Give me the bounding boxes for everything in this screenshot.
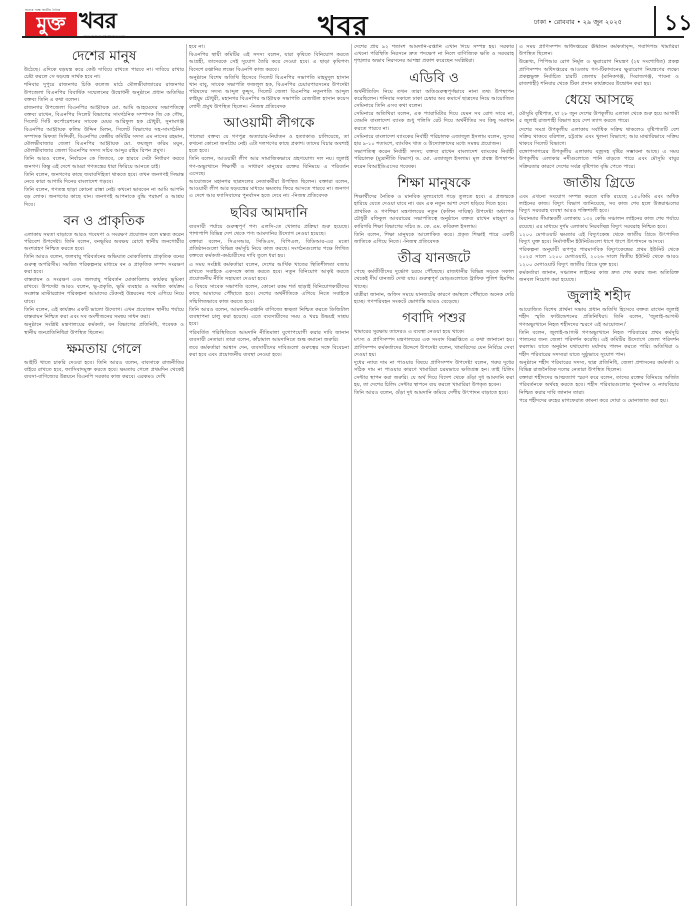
article-headline[interactable]: আওয়ামী লীগকে — [189, 116, 349, 131]
article-paragraph: মৌসুমি বৃষ্টিপাত, যা ২৮ জুন দেশের উপকূলী… — [519, 111, 679, 125]
article-paragraph: হবে না। — [189, 44, 349, 51]
article-headline[interactable]: শিক্ষা মানুষকে — [354, 176, 514, 191]
article-paragraph: যাত্রীরা জানান, অফিস সময়ে যানজটের কারণে… — [354, 292, 514, 306]
article-paragraph: আইটি খাতে চাকরি দেওয়া হবে। তিনি আরও বলে… — [24, 360, 184, 382]
article-headline[interactable]: তীব্র যানজটে — [354, 251, 514, 266]
article: আওয়ামী লীগকেপালেরা বক্তব্য যে গণপুত্র অ… — [189, 116, 349, 201]
article-paragraph: সভাপতিত্ব করেন নির্বাহী সদস্য; বক্তব্য র… — [354, 149, 514, 171]
article-paragraph: পেছে কর্মজীবীদের দুর্ভোগ চরমে পৌঁছেছে। র… — [354, 269, 514, 291]
article-paragraph: প্রাথমিক ও গণশিক্ষা মন্ত্রণালয়ের নতুন (… — [354, 209, 514, 231]
article-paragraph: অনুষ্ঠানে সংশ্লিষ্ট মন্ত্রণালয়ের কর্মকর… — [24, 322, 184, 336]
article-paragraph: অর্থনীতিবিদ নিয়ে তখন তারা অতিগুরুত্বপূর… — [354, 89, 514, 111]
article-paragraph: শনিবার দুপুরে রাজনগর চিকি কলেজ মাঠে মৌলভ… — [24, 82, 184, 104]
article: ছবির আমদানিব্যবসায়ী পর্যায়ে গুরুত্বপূর… — [189, 206, 349, 360]
article-paragraph: মিয়ানমার সীমান্তবর্তী এলাকায় ১৩২ কেভি … — [519, 216, 679, 230]
article: জাতীয় গ্রিডেএবং এখনো সংযোগ সম্পন্ন করতে… — [519, 176, 679, 284]
article-paragraph: তিনি বলেন, জুলাই-আগস্ট গণঅভ্যুত্থানে নিহ… — [519, 330, 679, 359]
article: শিক্ষা মানুষকেশিক্ষার্থীদের নৈতিক ও মানব… — [354, 176, 514, 246]
article-paragraph: তিনি আরও বলেন, নির্বাচনে কে জিতবে, কে হা… — [24, 156, 184, 170]
article-paragraph: বিএনপির স্থায়ী কমিটির এই সদস্য বলেন, যা… — [189, 52, 349, 74]
article: জুলাই শহীদআয়োজিত বিশেষ প্রার্থনা সভায় … — [519, 289, 679, 405]
column-1: দেশের মানুষউঠেছে। এদিকে ষড়যন্ত্র করে কে… — [24, 44, 184, 906]
article-paragraph: বক্তারা বলেন, সিএসআর, সিডিএস, বিপিএল, বি… — [189, 239, 349, 261]
article: দেশের প্রায় ৯২ শতাংশ আমদানি-রপ্তানি এখা… — [354, 44, 514, 66]
article-paragraph: এবং এখনো সংযোগ সম্পন্ন করতে বাকি রয়েছে … — [519, 194, 679, 216]
article-paragraph: দুধের ন্যায্য দাম না পাওয়ার বিষয়ে প্রা… — [354, 360, 514, 389]
article-paragraph: অনুষ্ঠানে শহীদ পরিবারের সদস্য, ছাত্র প্র… — [519, 360, 679, 374]
article-paragraph: এলাকায় সমতা বাড়াতে আরও গবেষণা ও সংরক্ষ… — [24, 232, 184, 254]
article-paragraph: পালেরা বক্তব্য যে গণপুত্র অত্যাচার-নির্য… — [189, 134, 349, 156]
article-paragraph: তিনি বলেন, গণতন্ত্র ছাড়া কোনো রাস্তা নে… — [24, 187, 184, 209]
article-paragraph: দেশের প্রায় ৯২ শতাংশ আমদানি-রপ্তানি এখা… — [354, 44, 514, 66]
article-paragraph: উল্লেখ্য, পিপিআর রোগ নির্মূল ও ক্ষুরারোগ… — [519, 59, 679, 88]
article-headline[interactable]: বন ও প্রাকৃতিক — [24, 214, 184, 229]
page-number-divider — [654, 6, 656, 36]
article-paragraph: তিনি বলেন, আওয়ামী লীগ আর সামাজিকভাবে গ্… — [189, 156, 349, 178]
article-paragraph: শিক্ষার্থীদের নৈতিক ও মানবিক মূল্যবোধে গ… — [354, 194, 514, 208]
article-paragraph: কর্মকর্তারা জানান, সঞ্চালন লাইনের কাজ দ্… — [519, 270, 679, 284]
article-paragraph: তিনি আরও বলেন, আমদানি-রপ্তানি বাণিজ্যে স… — [189, 307, 349, 329]
article-paragraph: মৎস্য ও প্রাণিসম্পদ মন্ত্রণালয়ের এক সংব… — [354, 337, 514, 359]
article-paragraph: খামারের সুরক্ষায় তাদেরও এ ব্যবস্থা নেওয… — [354, 329, 514, 336]
article-paragraph: তিনি আরও বলেন, গুঁড়া দুধ আমদানি কমিয়ে … — [354, 390, 514, 397]
column-2: হবে না।বিএনপির স্থায়ী কমিটির এই সদস্য ব… — [189, 44, 349, 906]
logo-red-block: মুক্ত — [25, 12, 77, 36]
article-paragraph: ব্যবসায়ী পর্যায়ে গুরুত্বপূর্ণ পণ্য এলস… — [189, 224, 349, 238]
dateline: ঢাকা • রোববার • ২৯ জুন ২০২৫ — [534, 17, 622, 28]
article-headline[interactable]: গবাদি পশুর — [354, 311, 514, 326]
column-3: দেশের প্রায় ৯২ শতাংশ আমদানি-রপ্তানি এখা… — [354, 44, 514, 906]
column-divider — [516, 44, 517, 906]
article-paragraph: তিনি আরও বলেন, জলবায়ু পরিবর্তনের অভিঘাত… — [24, 254, 184, 276]
article-paragraph: তিনি বলেন, শিক্ষা মানুষকে আলোকিত করে। প্… — [354, 232, 514, 246]
article-paragraph: অনুষ্ঠানে বিশেষ অতিথি হিসেবে সিলেট বিএনপ… — [189, 75, 349, 111]
newspaper-logo[interactable]: সত্যের পক্ষে জাতীয় দৈনিক মুক্ত খবর www.… — [25, 8, 145, 38]
article: গবাদি পশুরখামারের সুরক্ষায় তাদেরও এ ব্য… — [354, 311, 514, 397]
column-divider — [186, 44, 187, 906]
article: ক্ষমতায় গেলেআইটি খাতে চাকরি দেওয়া হবে।… — [24, 342, 184, 382]
article-paragraph: সেমিনারে বাংলাদেশ ব্যাংকের নির্বাহী পরিচ… — [354, 134, 514, 148]
article-headline[interactable]: ছবির আমদানি — [189, 206, 349, 221]
article-paragraph: আয়োজিত বিশেষ প্রার্থনা সভায় প্রধান অতি… — [519, 307, 679, 329]
article-paragraph: উঠেছে। এদিকে ষড়যন্ত্র করে কেউ দাবিয়ে র… — [24, 67, 184, 81]
column-4: এ সময় প্রাণিসম্পদ অধিদপ্তরের ঊর্ধ্বতন ক… — [519, 44, 679, 906]
article-paragraph: এ সময় প্রাণিসম্পদ অধিদপ্তরের ঊর্ধ্বতন ক… — [519, 44, 679, 58]
article: দেশের মানুষউঠেছে। এদিকে ষড়যন্ত্র করে কে… — [24, 49, 184, 209]
article-paragraph: পরিকল্পনা অনুযায়ী রূপপুর পারমাণবিক বিদ্… — [519, 247, 679, 269]
article-headline[interactable]: ধেয়ে আসছে — [519, 93, 679, 108]
article-paragraph: তবে কর্মকর্তারা আশ্বাস দেন, ব্যবসায়ীদের… — [189, 345, 349, 359]
logo-black-text: খবর — [79, 10, 116, 34]
article-headline[interactable]: ক্ষমতায় গেলে — [24, 342, 184, 357]
article-paragraph: সেমিনারে অতিথিরা বলেন, এক প্যারামিটার দি… — [354, 111, 514, 133]
article: এডিবি ওঅর্থনীতিবিদ নিয়ে তখন তারা অতিগুর… — [354, 71, 514, 171]
article: এ সময় প্রাণিসম্পদ অধিদপ্তরের ঊর্ধ্বতন ক… — [519, 44, 679, 88]
article-paragraph: বক্তারা শহীদদের আত্মত্যাগ স্মরণ করে বলেন… — [519, 375, 679, 397]
article-paragraph: তিনি বলেন, এই কার্যক্রম একটি ভালো উদ্যোগ… — [24, 307, 184, 321]
article-headline[interactable]: এডিবি ও — [354, 71, 514, 86]
article-paragraph: এ বিষয়ে সাবেক সভাপতি বলেন, কোনো রকম শর্… — [189, 284, 349, 306]
article: হবে না।বিএনপির স্থায়ী কমিটির এই সদস্য ব… — [189, 44, 349, 111]
article-headline[interactable]: দেশের মানুষ — [24, 49, 184, 64]
article-paragraph: আয়োজনে মহানগর ছাত্রদলের নেতাকর্মীরা উপস… — [189, 179, 349, 201]
masthead: সত্যের পক্ষে জাতীয় দৈনিক মুক্ত খবর www.… — [0, 0, 700, 42]
article-paragraph: বাস্তবায়ন ও সংরক্ষণ এবং জলবায়ু পরিবর্ত… — [24, 277, 184, 306]
article: ধেয়ে আসছেমৌসুমি বৃষ্টিপাত, যা ২৮ জুন দে… — [519, 93, 679, 171]
article-paragraph: পরিবর্তিত পরিস্থিতিতে আমদানি নীতিমালা যু… — [189, 330, 349, 344]
article-paragraph: দেশের সমগ্র উপকূলীয় এলাকায় সর্বাধিক সক… — [519, 127, 679, 149]
article-paragraph: বঙ্গোপসাগরের উপকূলীয় এলাকায় বজ্রসহ বৃষ… — [519, 149, 679, 171]
article-headline[interactable]: জাতীয় গ্রিডে — [519, 176, 679, 191]
article-headline[interactable]: জুলাই শহীদ — [519, 289, 679, 304]
column-divider — [351, 44, 352, 906]
article-paragraph: ১২০০ মেগাওয়াট ক্ষমতার এই বিদ্যুৎকেন্দ্র… — [519, 232, 679, 246]
article: বন ও প্রাকৃতিকএলাকায় সমতা বাড়াতে আরও গ… — [24, 214, 184, 337]
masthead-rule — [22, 36, 684, 38]
article-paragraph: রাজনগর উপজেলা বিএনপির আহ্বায়ক মো. আমি আ… — [24, 105, 184, 155]
article: তীব্র যানজটেপেছে কর্মজীবীদের দুর্ভোগ চরম… — [354, 251, 514, 306]
article-paragraph: তিনি বলেন, জনগণের কাছে জবাবদিহিতা থাকতে … — [24, 172, 184, 186]
article-paragraph: এ সময় সংশ্লিষ্ট কর্মকর্তারা বলেন, দেশের… — [189, 262, 349, 284]
article-paragraph: পরে শহীদদের রুহের মাগফেরাত কামনা করে দোয… — [519, 398, 679, 405]
